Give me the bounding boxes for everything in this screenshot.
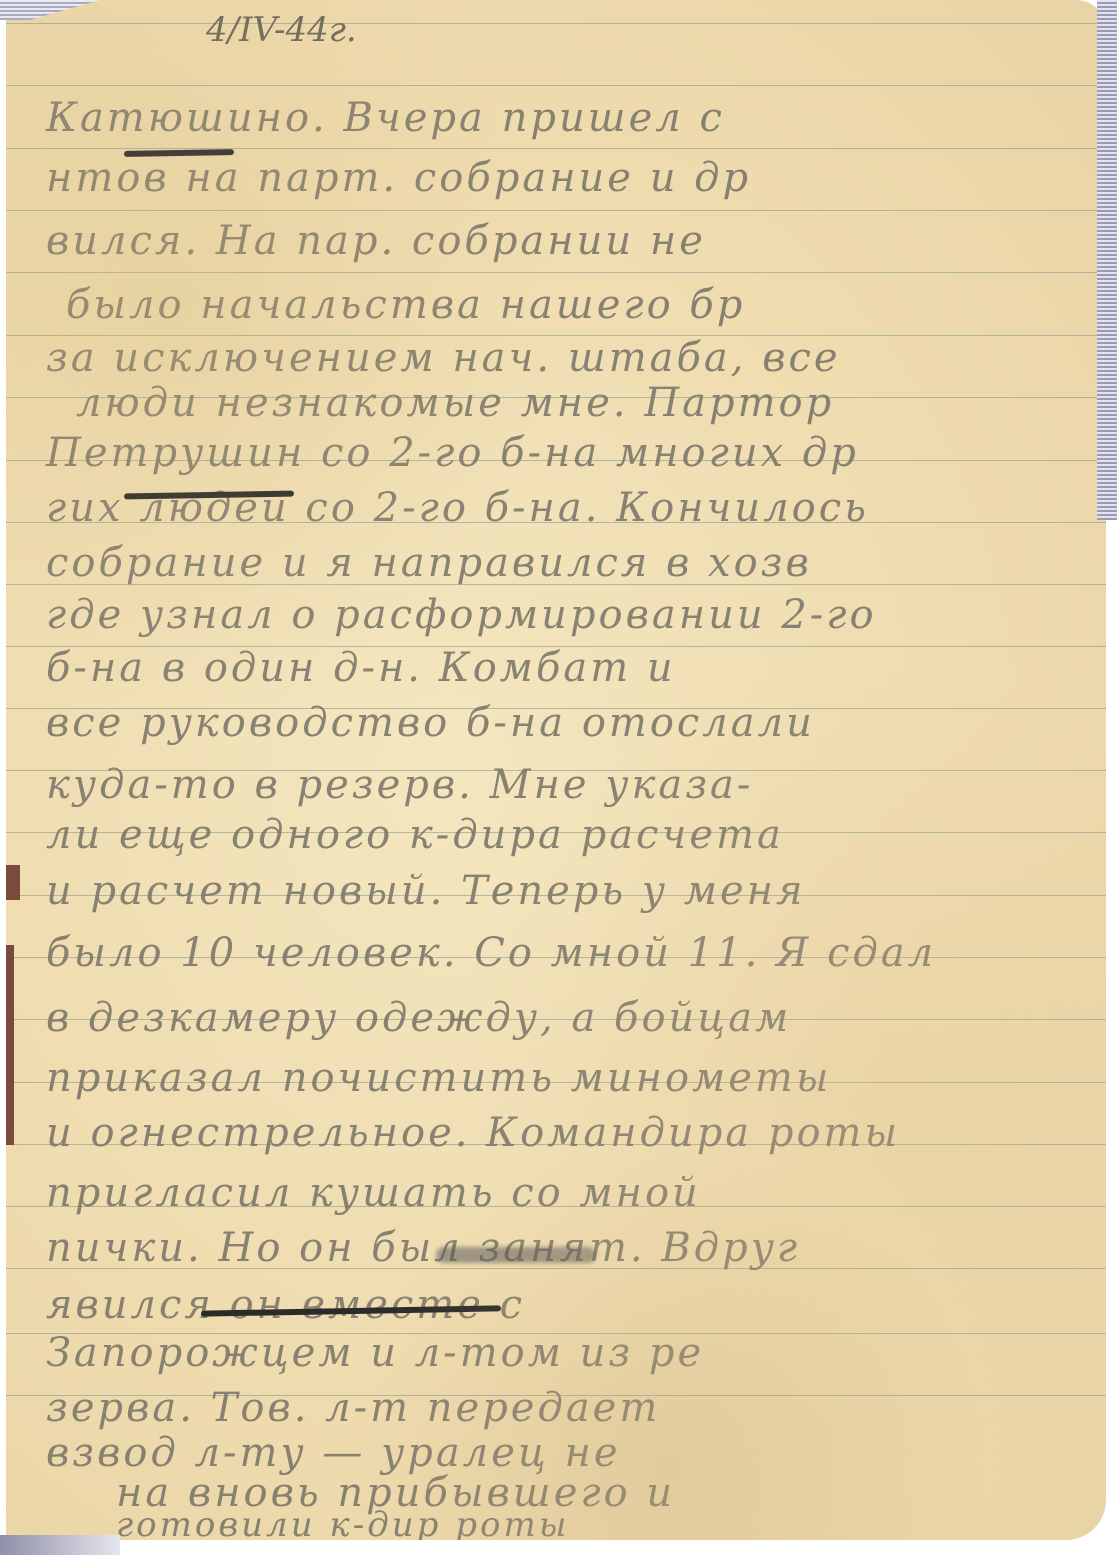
text-line: зерва. Тов. л-т передает xyxy=(46,1385,660,1431)
text-line: куда-то в резерв. Мне указа- xyxy=(46,762,753,808)
text-line: явился он вместе с xyxy=(46,1282,525,1328)
text-line: пички. Но он был занят. Вдруг xyxy=(46,1225,800,1271)
text-line: Запорожцем и л-том из ре xyxy=(46,1330,704,1376)
torn-edge xyxy=(6,945,14,1145)
text-line: было начальства нашего бр xyxy=(66,282,745,328)
torn-edge xyxy=(6,865,20,900)
text-line: готовили к-дир роты xyxy=(116,1505,569,1540)
scan-background xyxy=(0,1535,120,1555)
text-line: в дезкамеру одежду, а бойцам xyxy=(46,995,791,1041)
text-line: за исключением нач. штаба, все xyxy=(46,335,841,381)
text-line: б-на в один д-н. Комбат и xyxy=(46,645,676,691)
ruled-line xyxy=(6,272,1106,273)
text-line: люди незнакомые мне. Партор xyxy=(76,380,834,426)
text-line: собрание и я направился в хозв xyxy=(46,540,812,586)
text-line: все руководство б-на отослали xyxy=(46,700,815,746)
text-line: и расчет новый. Теперь у меня xyxy=(46,868,805,914)
ruled-line xyxy=(6,23,1106,24)
text-line: приказал почистить минометы xyxy=(46,1055,831,1101)
erasure-smudge xyxy=(436,1247,596,1263)
text-line: Катюшино. Вчера пришел с xyxy=(46,95,725,141)
text-line: вился. На пар. собрании не xyxy=(46,218,706,264)
text-line: Петрушин со 2-го б-на многих др xyxy=(46,430,859,476)
diary-page: 4/IV-44г. Катюшино. Вчера пришел с нтов … xyxy=(6,0,1106,1540)
text-line: и огнестрельное. Командира роты xyxy=(46,1110,900,1156)
entry-date: 4/IV-44г. xyxy=(206,10,357,50)
text-line: было 10 человек. Со мной 11. Я сдал xyxy=(46,930,936,976)
text-line: нтов на парт. собрание и др xyxy=(46,155,751,201)
ruled-line xyxy=(6,210,1106,211)
text-line: пригласил кушать со мной xyxy=(46,1170,701,1216)
ruled-line xyxy=(6,148,1106,149)
ruled-line xyxy=(6,85,1106,86)
text-line: где узнал о расформировании 2-го xyxy=(46,592,877,638)
text-line: ли еще одного к-дира расчета xyxy=(46,812,784,858)
scan-background xyxy=(1097,0,1117,520)
